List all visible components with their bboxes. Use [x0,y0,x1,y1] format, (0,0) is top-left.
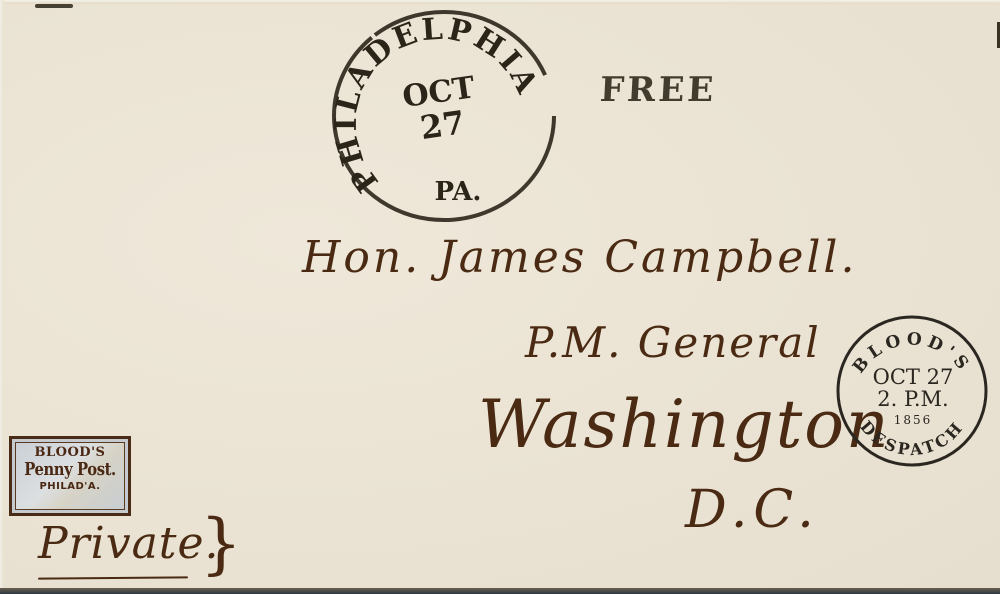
bottom-edge [0,588,1000,594]
postmark-year: 1856 [894,413,933,427]
stamp-line-2: Penny Post. [22,460,117,480]
ink-smudge [35,4,73,8]
stamp-line-3: PHILAD'A. [12,481,128,492]
private-underline [38,576,188,579]
postmark-day: 27 [418,103,467,147]
envelope-cover: PHILADELPHIA OCT 27 PA. FREE Hon. James … [0,0,1000,594]
bloods-penny-post-stamp: BLOOD'S Penny Post. PHILAD'A. [9,436,131,516]
philadelphia-postmark: PHILADELPHIA OCT 27 PA. [328,4,560,224]
postmark-state: PA. [435,177,482,207]
private-annotation: Private. [38,518,220,569]
bloods-despatch-postmark: BLOOD'S DESPATCH OCT 27 2. P.M. 1856 [833,312,991,470]
left-edge [0,0,4,594]
postmark-time: 2. P.M. [877,387,948,411]
address-line-name: Hon. James Campbell. [302,232,858,283]
postmark-date: OCT 27 [873,365,954,389]
address-line-district: D.C. [685,480,820,540]
address-line-title: P.M. General [525,318,821,367]
free-frank: FREE [599,70,717,110]
stamp-line-1: BLOOD'S [12,445,128,460]
brace-flourish: } [200,505,242,582]
address-line-city: Washington [478,386,890,463]
